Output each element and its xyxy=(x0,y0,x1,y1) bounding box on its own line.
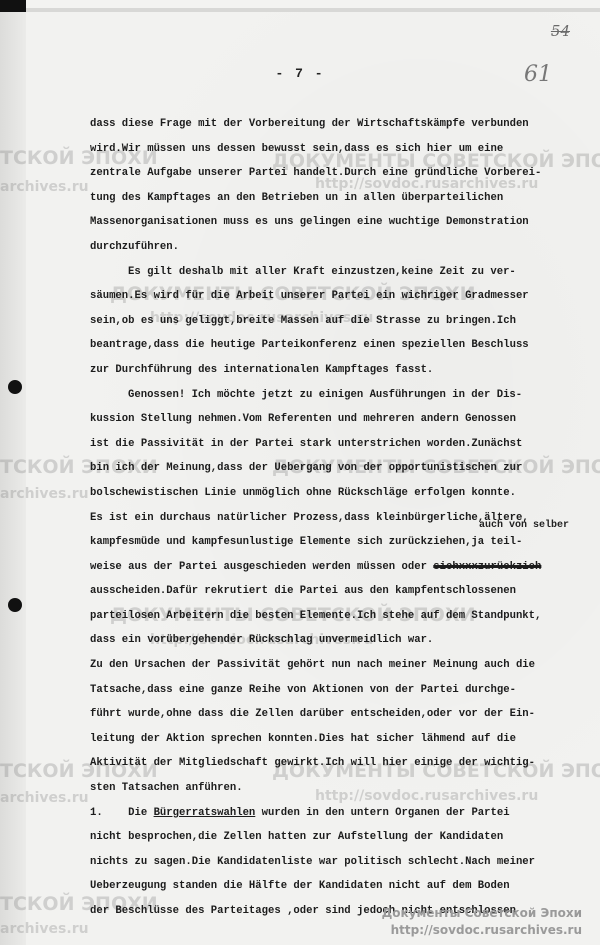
text-line: ist die Passivität in der Partei stark u… xyxy=(90,432,580,457)
text-segment: wird.Wir müssen uns dessen bewusst sein,… xyxy=(90,143,503,155)
footer-url: http://sovdoc.rusarchives.ru xyxy=(382,922,582,939)
text-line: Tatsache,dass eine ganze Reihe von Aktio… xyxy=(90,678,580,703)
text-segment: ist die Passivität in der Partei stark u… xyxy=(90,438,522,450)
text-segment: nicht besprochen,die Zellen hatten zur A… xyxy=(90,831,503,843)
text-line: kampfesmüde und kampfesunlustige Element… xyxy=(90,530,580,555)
footer-title: Документы Советской Эпохи xyxy=(382,905,582,922)
text-line: führt wurde,ohne dass die Zellen darüber… xyxy=(90,702,580,727)
text-segment: Es ist ein durchaus natürlicher Prozess,… xyxy=(90,512,529,524)
text-line: Es ist ein durchaus natürlicher Prozess,… xyxy=(90,506,580,531)
text-line: Genossen! Ich möchte jetzt zu einigen Au… xyxy=(90,383,580,408)
text-segment: Massenorganisationen muss es uns gelinge… xyxy=(90,216,529,228)
text-segment: kussion Stellung nehmen.Vom Referenten u… xyxy=(90,413,516,425)
text-segment: ausscheiden.Dafür rekrutiert die Partei … xyxy=(90,585,516,597)
punch-hole-icon xyxy=(8,380,22,394)
text-line: dass ein vorübergehender Rückschlag unve… xyxy=(90,628,580,653)
text-segment: Tatsache,dass eine ganze Reihe von Aktio… xyxy=(90,684,516,696)
text-line: sein,ob es uns geliggt,breite Massen auf… xyxy=(90,309,580,334)
text-segment: Aktivität der Mitgliedschaft gewirkt.Ich… xyxy=(90,757,535,769)
text-segment: säumen.Es wird für die Arbeit unserer Pa… xyxy=(90,290,529,302)
scan-corner-mark xyxy=(0,0,26,12)
text-line: kussion Stellung nehmen.Vom Referenten u… xyxy=(90,407,580,432)
text-line: parteilosen Arbeitern die besten Element… xyxy=(90,604,580,629)
text-line: Ueberzeugung standen die Hälfte der Kand… xyxy=(90,874,580,899)
list-number: 1. xyxy=(90,807,103,819)
text-line: dass diese Frage mit der Vorbereitung de… xyxy=(90,112,580,137)
text-segment: durchzuführen. xyxy=(90,241,179,253)
text-segment: sten Tatsachen anführen. xyxy=(90,782,243,794)
text-segment: Die xyxy=(103,807,154,819)
text-line: Zu den Ursachen der Passivität gehört nu… xyxy=(90,653,580,678)
text-line: zur Durchführung des internationalen Kam… xyxy=(90,358,580,383)
text-segment: führt wurde,ohne dass die Zellen darüber… xyxy=(90,708,535,720)
text-segment: zentrale Aufgabe unserer Partei handelt.… xyxy=(90,167,541,179)
text-line: beantrage,dass die heutige Parteikonfere… xyxy=(90,333,580,358)
text-line: nicht besprochen,die Zellen hatten zur A… xyxy=(90,825,580,850)
page-left-edge xyxy=(0,10,26,945)
text-line: ausscheiden.Dafür rekrutiert die Partei … xyxy=(90,579,580,604)
text-line: nichts zu sagen.Die Kandidatenliste war … xyxy=(90,850,580,875)
text-line: Aktivität der Mitgliedschaft gewirkt.Ich… xyxy=(90,751,580,776)
archive-watermark-footer: Документы Советской Эпохи http://sovdoc.… xyxy=(382,905,582,939)
text-line: bolschewistischen Linie unmöglich ohne R… xyxy=(90,481,580,506)
underlined-term: Bürgerratswahlen xyxy=(154,807,256,819)
text-segment: zur Durchführung des internationalen Kam… xyxy=(90,364,433,376)
text-line: sten Tatsachen anführen. xyxy=(90,776,580,801)
text-segment: leitung der Aktion sprechen konnten.Dies… xyxy=(90,733,516,745)
text-segment: bin ich der Meinung,dass der Uebergang v… xyxy=(90,462,522,474)
text-line: wird.Wir müssen uns dessen bewusst sein,… xyxy=(90,137,580,162)
text-line: leitung der Aktion sprechen konnten.Dies… xyxy=(90,727,580,752)
text-segment: dass diese Frage mit der Vorbereitung de… xyxy=(90,118,529,130)
text-line: tung des Kampftages an den Betrieben un … xyxy=(90,186,580,211)
text-line: zentrale Aufgabe unserer Partei handelt.… xyxy=(90,161,580,186)
text-segment: Zu den Ursachen der Passivität gehört nu… xyxy=(90,659,535,671)
text-segment: beantrage,dass die heutige Parteikonfere… xyxy=(90,339,529,351)
page-number: - 7 - xyxy=(0,66,600,81)
text-line: säumen.Es wird für die Arbeit unserer Pa… xyxy=(90,284,580,309)
text-segment: parteilosen Arbeitern die besten Element… xyxy=(90,610,541,622)
text-line: 1. Die Bürgerratswahlen wurden in den un… xyxy=(90,801,580,826)
text-line: weise aus der Partei ausgeschieden werde… xyxy=(90,555,580,580)
text-segment: tung des Kampftages an den Betrieben un … xyxy=(90,192,503,204)
page-top-edge xyxy=(0,8,600,12)
text-segment: bolschewistischen Linie unmöglich ohne R… xyxy=(90,487,516,499)
text-segment: dass ein vorübergehender Rückschlag unve… xyxy=(90,634,433,646)
text-line: Massenorganisationen muss es uns gelinge… xyxy=(90,210,580,235)
text-line: durchzuführen. xyxy=(90,235,580,260)
text-segment: kampfesmüde und kampfesunlustige Element… xyxy=(90,536,522,548)
text-segment: nichts zu sagen.Die Kandidatenliste war … xyxy=(90,856,535,868)
text-segment: sein,ob es uns geliggt,breite Massen auf… xyxy=(90,315,516,327)
text-line: Es gilt deshalb mit aller Kraft einzustz… xyxy=(90,260,580,285)
text-segment: wurden in den untern Organen der Partei xyxy=(255,807,509,819)
punch-hole-icon xyxy=(8,598,22,612)
text-segment: Es gilt deshalb mit aller Kraft einzustz… xyxy=(128,266,516,278)
text-segment: Genossen! Ich möchte jetzt zu einigen Au… xyxy=(128,389,522,401)
text-segment: weise aus der Partei ausgeschieden werde… xyxy=(90,561,433,573)
struck-through-text: sichxxxzurückzieh xyxy=(433,561,541,573)
handwritten-sheet-number: 54 xyxy=(551,22,570,40)
text-segment: Ueberzeugung standen die Hälfte der Kand… xyxy=(90,880,510,892)
document-body: dass diese Frage mit der Vorbereitung de… xyxy=(90,112,580,924)
text-line: bin ich der Meinung,dass der Uebergang v… xyxy=(90,456,580,481)
